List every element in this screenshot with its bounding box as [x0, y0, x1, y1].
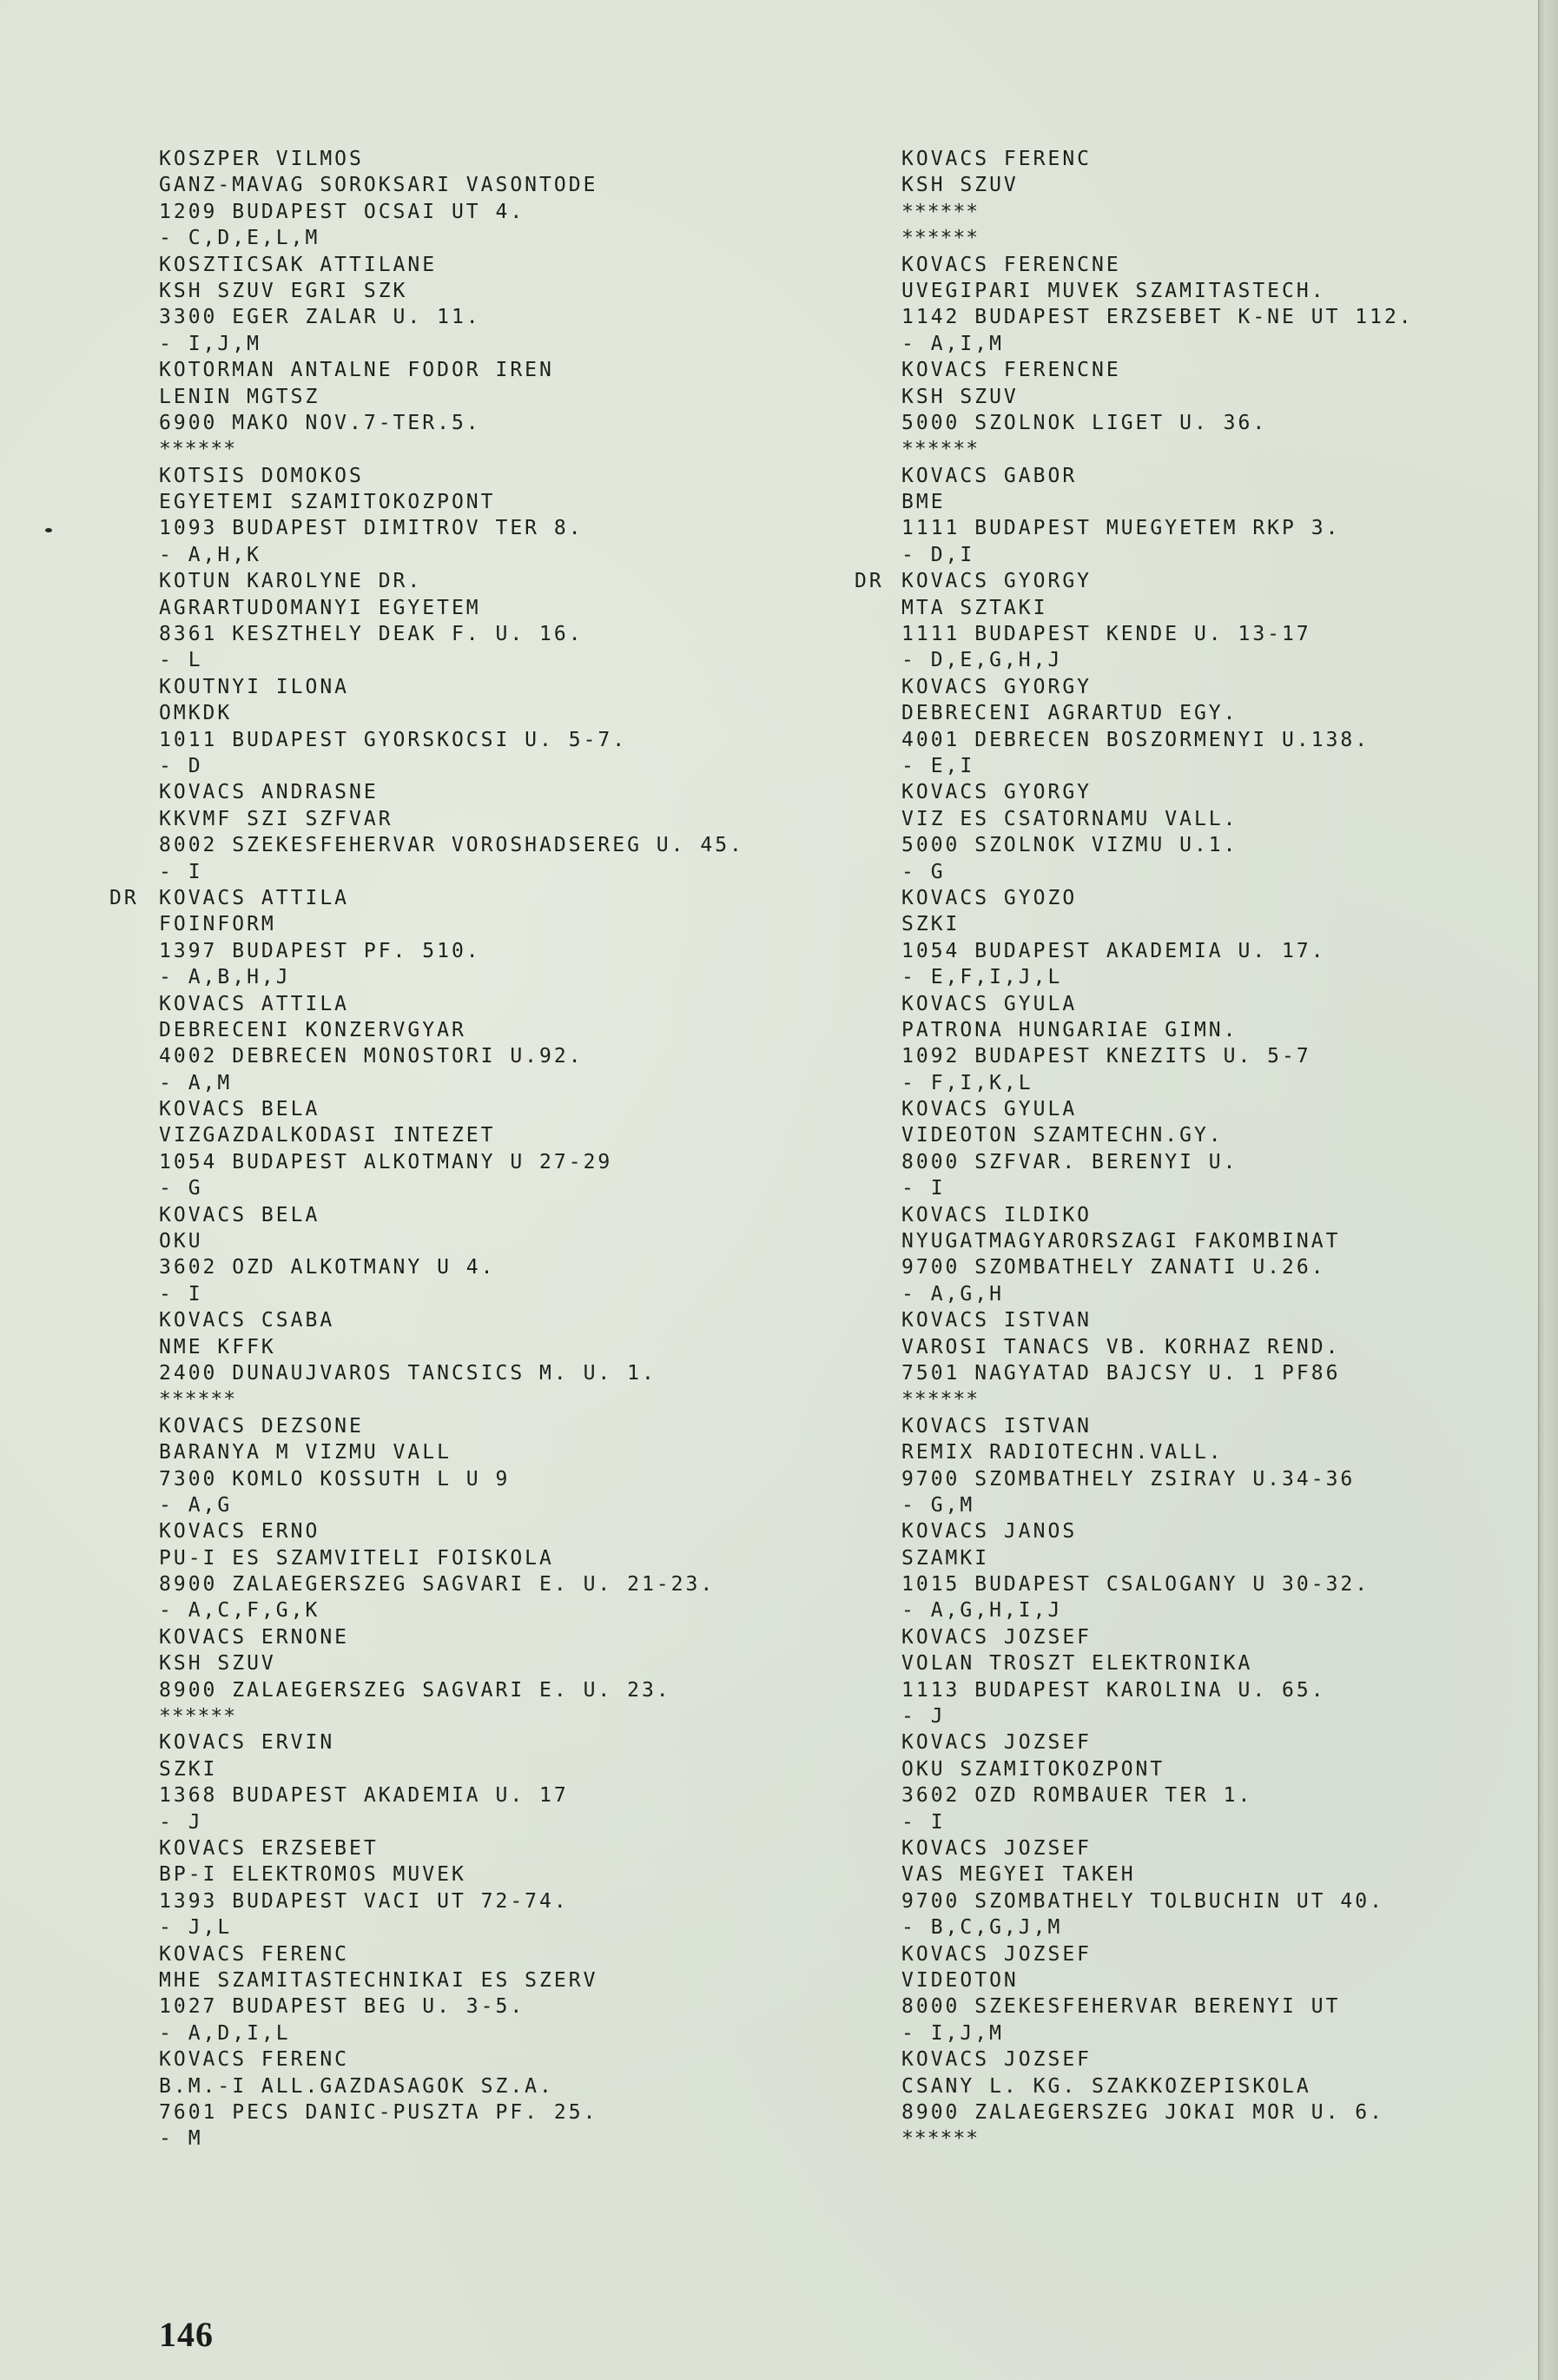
entry-line: DEBRECENI KONZERVGYAR: [159, 1017, 744, 1043]
line-text: OKU: [159, 1230, 203, 1253]
entry-line: OKU SZAMITOKOZPONT: [901, 1756, 1414, 1782]
line-text: 7501 NAGYATAD BAJCSY U. 1 PF86: [901, 1362, 1340, 1385]
entry-line: KOVACS ISTVAN: [901, 1307, 1414, 1333]
entry-codes: - A,G: [159, 1492, 744, 1518]
line-text: 8000 SZEKESFEHERVAR BERENYI UT: [901, 1995, 1340, 2018]
entry-line: KSH SZUV EGRI SZK: [159, 278, 744, 304]
line-text: - I,J,M: [901, 2022, 1004, 2045]
entry-address: 1393 BUDAPEST VACI UT 72-74.: [159, 1888, 744, 1914]
line-text: VOLAN TROSZT ELEKTRONIKA: [901, 1652, 1252, 1675]
entry-line: NYUGATMAGYARORSZAGI FAKOMBINAT: [901, 1228, 1414, 1254]
line-text: 8900 ZALAEGERSZEG SAGVARI E. U. 21-23.: [159, 1573, 715, 1596]
line-text: 1054 BUDAPEST AKADEMIA U. 17.: [901, 940, 1326, 962]
line-text: KOVACS ISTVAN: [901, 1415, 1092, 1438]
line-text: KOVACS FERENCNE: [901, 359, 1121, 381]
no-codes-marker: ******: [901, 199, 1414, 225]
line-text: 8900 ZALAEGERSZEG SAGVARI E. U. 23.: [159, 1679, 671, 1702]
line-text: VIZGAZDALKODASI INTEZET: [159, 1124, 496, 1147]
entry-address: 8361 KESZTHELY DEAK F. U. 16.: [159, 621, 744, 647]
entry-line: VIDEOTON SZAMTECHN.GY.: [901, 1122, 1414, 1148]
entry-codes: - A,H,K: [159, 542, 744, 568]
entry-address: 1093 BUDAPEST DIMITROV TER 8.: [159, 515, 744, 541]
line-text: KOVACS GYORGY: [901, 570, 1092, 592]
entry-line: KOVACS ISTVAN: [901, 1413, 1414, 1439]
line-text: DEBRECENI KONZERVGYAR: [159, 1019, 466, 1041]
line-text: - J: [901, 1705, 946, 1728]
line-text: KOVACS ATTILA: [159, 887, 349, 909]
entry-line: VAS MEGYEI TAKEH: [901, 1861, 1414, 1887]
line-text: KOVACS JOZSEF: [901, 1943, 1092, 1966]
line-text: MHE SZAMITASTECHNIKAI ES SZERV: [159, 1969, 597, 1992]
line-text: KOVACS GYOZO: [901, 887, 1077, 909]
line-text: - G: [901, 861, 946, 883]
entry-line: DRKOVACS ATTILA: [159, 885, 744, 911]
line-text: VAROSI TANACS VB. KORHAZ REND.: [901, 1336, 1340, 1359]
entry-codes: - D,I: [901, 542, 1414, 568]
entry-line: KSH SZUV: [901, 172, 1414, 198]
line-text: 1015 BUDAPEST CSALOGANY U 30-32.: [901, 1573, 1370, 1596]
line-text: ******: [901, 2127, 979, 2150]
entry-address: 9700 SZOMBATHELY ZANATI U.26.: [901, 1254, 1414, 1280]
entry-line: DEBRECENI AGRARTUD EGY.: [901, 700, 1414, 726]
entry-address: 9700 SZOMBATHELY TOLBUCHIN UT 40.: [901, 1888, 1414, 1914]
line-text: 9700 SZOMBATHELY TOLBUCHIN UT 40.: [901, 1890, 1384, 1913]
entry-codes: - A,B,H,J: [159, 964, 744, 990]
page-number: 146: [159, 2314, 214, 2355]
entry-address: 8900 ZALAEGERSZEG SAGVARI E. U. 21-23.: [159, 1571, 744, 1597]
entry-line: VIDEOTON: [901, 1967, 1414, 1993]
entry-codes: - D: [159, 753, 744, 779]
entry-line: KOVACS ERZSEBET: [159, 1835, 744, 1861]
line-text: CSANY L. KG. SZAKKOZEPISKOLA: [901, 2075, 1311, 2098]
line-text: 7601 PECS DANIC-PUSZTA PF. 25.: [159, 2101, 597, 2124]
line-text: KOVACS GYULA: [901, 1098, 1077, 1121]
line-text: KOVACS JOZSEF: [901, 1837, 1092, 1860]
entry-address: 1092 BUDAPEST KNEZITS U. 5-7: [901, 1043, 1414, 1069]
entry-line: BP-I ELEKTROMOS MUVEK: [159, 1861, 744, 1887]
line-text: KOTORMAN ANTALNE FODOR IREN: [159, 359, 554, 381]
line-text: - A,B,H,J: [159, 966, 291, 988]
line-text: FOINFORM: [159, 913, 276, 935]
entry-address: 1111 BUDAPEST KENDE U. 13-17: [901, 621, 1414, 647]
entry-codes: - A,D,I,L: [159, 2020, 744, 2046]
line-text: LENIN MGTSZ: [159, 386, 320, 408]
entry-line: KOVACS ILDIKO: [901, 1202, 1414, 1228]
line-text: KOVACS GYORGY: [901, 781, 1092, 803]
line-text: 1113 BUDAPEST KAROLINA U. 65.: [901, 1679, 1326, 1702]
entry-line: KOVACS GYULA: [901, 991, 1414, 1017]
line-text: MTA SZTAKI: [901, 597, 1047, 619]
line-text: - G: [159, 1177, 203, 1200]
entry-address: 8002 SZEKESFEHERVAR VOROSHADSEREG U. 45.: [159, 832, 744, 858]
entry-line: KOTORMAN ANTALNE FODOR IREN: [159, 357, 744, 383]
line-text: KOVACS ISTVAN: [901, 1309, 1092, 1332]
entry-line: KOVACS FERENC: [159, 1941, 744, 1967]
entry-line: PU-I ES SZAMVITELI FOISKOLA: [159, 1545, 744, 1571]
line-text: KOUTNYI ILONA: [159, 676, 349, 698]
line-text: KOVACS ATTILA: [159, 993, 349, 1015]
line-text: - A,G,H,I,J: [901, 1599, 1062, 1622]
entry-line: KOVACS JANOS: [901, 1518, 1414, 1544]
entry-codes: - A,G,H: [901, 1281, 1414, 1307]
entry-codes: - I: [159, 859, 744, 885]
entry-codes: - J,L: [159, 1914, 744, 1940]
line-text: ******: [901, 438, 979, 460]
line-text: - G,M: [901, 1494, 974, 1517]
entry-codes: - A,M: [159, 1070, 744, 1096]
line-text: KOTSIS DOMOKOS: [159, 465, 364, 487]
line-text: 1054 BUDAPEST ALKOTMANY U 27-29: [159, 1151, 612, 1173]
line-text: 1111 BUDAPEST MUEGYETEM RKP 3.: [901, 517, 1340, 539]
line-text: KOSZTICSAK ATTILANE: [159, 254, 437, 276]
entry-line: NME KFFK: [159, 1334, 744, 1360]
entry-address: 1054 BUDAPEST ALKOTMANY U 27-29: [159, 1149, 744, 1175]
column-left: KOSZPER VILMOSGANZ-MAVAG SOROKSARI VASON…: [159, 146, 744, 2152]
entry-line: KOVACS GYORGY: [901, 674, 1414, 700]
entry-address: 3602 OZD ROMBAUER TER 1.: [901, 1782, 1414, 1808]
line-text: NME KFFK: [159, 1336, 276, 1359]
line-text: 1092 BUDAPEST KNEZITS U. 5-7: [901, 1045, 1311, 1068]
entry-line: KOVACS JOZSEF: [901, 1835, 1414, 1861]
entry-codes: - I,J,M: [901, 2020, 1414, 2046]
line-text: VIDEOTON SZAMTECHN.GY.: [901, 1124, 1224, 1147]
entry-line: KOVACS GYORGY: [901, 779, 1414, 805]
line-text: KOVACS CSABA: [159, 1309, 334, 1332]
line-text: KOVACS ERNONE: [159, 1626, 349, 1649]
title-prefix: DR: [109, 885, 139, 911]
line-text: - F,I,K,L: [901, 1072, 1033, 1094]
line-text: KOVACS ERNO: [159, 1520, 320, 1543]
line-text: BARANYA M VIZMU VALL: [159, 1441, 452, 1464]
line-text: - D,I: [901, 544, 974, 566]
line-text: KOSZPER VILMOS: [159, 148, 364, 170]
line-text: 3602 OZD ROMBAUER TER 1.: [901, 1784, 1252, 1807]
line-text: ******: [901, 1388, 979, 1411]
entry-line: CSANY L. KG. SZAKKOZEPISKOLA: [901, 2073, 1414, 2099]
line-text: KOTUN KAROLYNE DR.: [159, 570, 422, 592]
entry-address: 7601 PECS DANIC-PUSZTA PF. 25.: [159, 2099, 744, 2125]
entry-address: 1142 BUDAPEST ERZSEBET K-NE UT 112.: [901, 304, 1414, 330]
line-text: VIDEOTON: [901, 1969, 1019, 1992]
entry-codes: - E,F,I,J,L: [901, 964, 1414, 990]
no-codes-marker: ******: [901, 2125, 1414, 2152]
entry-line: KOVACS GYULA: [901, 1096, 1414, 1122]
line-text: GANZ-MAVAG SOROKSARI VASONTODE: [159, 174, 597, 196]
entry-line: FOINFORM: [159, 911, 744, 937]
entry-address: 1368 BUDAPEST AKADEMIA U. 17: [159, 1782, 744, 1808]
entry-codes: - A,C,F,G,K: [159, 1597, 744, 1623]
line-text: SZAMKI: [901, 1547, 989, 1570]
line-text: - E,F,I,J,L: [901, 966, 1062, 988]
line-text: - A,M: [159, 1072, 232, 1094]
entry-address: 8000 SZFVAR. BERENYI U.: [901, 1149, 1414, 1175]
entry-codes: - I: [159, 1281, 744, 1307]
line-text: SZKI: [159, 1758, 217, 1781]
entry-address: 9700 SZOMBATHELY ZSIRAY U.34-36: [901, 1466, 1414, 1492]
entry-codes: - J: [901, 1703, 1414, 1729]
entry-line: EGYETEMI SZAMITOKOZPONT: [159, 489, 744, 515]
line-text: - A,I,M: [901, 333, 1004, 355]
entry-line: VIZ ES CSATORNAMU VALL.: [901, 806, 1414, 832]
line-text: - A,H,K: [159, 544, 261, 566]
entry-line: KOVACS FERENCNE: [901, 252, 1414, 278]
line-text: KOVACS JOZSEF: [901, 1626, 1092, 1649]
line-text: VAS MEGYEI TAKEH: [901, 1863, 1136, 1886]
line-text: KOVACS BELA: [159, 1098, 320, 1121]
no-codes-marker: ******: [901, 1386, 1414, 1412]
entry-address: 1015 BUDAPEST CSALOGANY U 30-32.: [901, 1571, 1414, 1597]
entry-line: SZKI: [159, 1756, 744, 1782]
entry-line: OMKDK: [159, 700, 744, 726]
entry-line: LENIN MGTSZ: [159, 384, 744, 410]
line-text: KOVACS GABOR: [901, 465, 1077, 487]
entry-line: VOLAN TROSZT ELEKTRONIKA: [901, 1650, 1414, 1676]
entry-address: 4001 DEBRECEN BOSZORMENYI U.138.: [901, 727, 1414, 753]
line-text: - A,D,I,L: [159, 2022, 291, 2045]
entry-line: KOVACS BELA: [159, 1096, 744, 1122]
entry-line: KOVACS FERENCNE: [901, 357, 1414, 383]
line-text: 2400 DUNAUJVAROS TANCSICS M. U. 1.: [159, 1362, 657, 1385]
entry-address: 4002 DEBRECEN MONOSTORI U.92.: [159, 1043, 744, 1069]
entry-codes: - I: [901, 1175, 1414, 1201]
line-text: 1011 BUDAPEST GYORSKOCSI U. 5-7.: [159, 729, 627, 751]
entry-address: 1111 BUDAPEST MUEGYETEM RKP 3.: [901, 515, 1414, 541]
entry-codes: - F,I,K,L: [901, 1070, 1414, 1096]
line-text: KSH SZUV: [901, 174, 1019, 196]
entry-line: KOVACS GYOZO: [901, 885, 1414, 911]
entry-line: KOUTNYI ILONA: [159, 674, 744, 700]
no-codes-marker: ******: [159, 1386, 744, 1412]
line-text: BME: [901, 491, 946, 513]
line-text: - J,L: [159, 1916, 232, 1939]
entry-line: KOSZTICSAK ATTILANE: [159, 252, 744, 278]
entry-address: 8900 ZALAEGERSZEG SAGVARI E. U. 23.: [159, 1677, 744, 1703]
entry-line: KOVACS CSABA: [159, 1307, 744, 1333]
line-text: KSH SZUV: [901, 386, 1019, 408]
line-text: REMIX RADIOTECHN.VALL.: [901, 1441, 1224, 1464]
line-text: VIZ ES CSATORNAMU VALL.: [901, 808, 1238, 830]
line-text: KOVACS FERENC: [901, 148, 1092, 170]
line-text: 1209 BUDAPEST OCSAI UT 4.: [159, 201, 525, 223]
line-text: KSH SZUV EGRI SZK: [159, 280, 407, 302]
entry-line: KOVACS FERENC: [901, 146, 1414, 172]
entry-line: KKVMF SZI SZFVAR: [159, 806, 744, 832]
entry-codes: - B,C,G,J,M: [901, 1914, 1414, 1940]
line-text: 6900 MAKO NOV.7-TER.5.: [159, 412, 481, 434]
no-codes-marker: ******: [901, 436, 1414, 462]
entry-address: 1054 BUDAPEST AKADEMIA U. 17.: [901, 938, 1414, 964]
entry-line: KOVACS ERVIN: [159, 1729, 744, 1755]
line-text: 8000 SZFVAR. BERENYI U.: [901, 1151, 1238, 1173]
entry-line: KOVACS FERENC: [159, 2046, 744, 2073]
line-text: KOVACS JOZSEF: [901, 2048, 1092, 2071]
entry-line: SZAMKI: [901, 1545, 1414, 1571]
line-text: 4002 DEBRECEN MONOSTORI U.92.: [159, 1045, 584, 1068]
entry-address: 1209 BUDAPEST OCSAI UT 4.: [159, 199, 744, 225]
entry-line: KOVACS GABOR: [901, 463, 1414, 489]
entry-line: KOVACS JOZSEF: [901, 1729, 1414, 1755]
line-text: - I: [159, 861, 203, 883]
entry-line: KOVACS ATTILA: [159, 991, 744, 1017]
entry-line: B.M.-I ALL.GAZDASAGOK SZ.A.: [159, 2073, 744, 2099]
page-binding-edge: [1538, 0, 1558, 2380]
entry-address: 1397 BUDAPEST PF. 510.: [159, 938, 744, 964]
entry-codes: - L: [159, 647, 744, 673]
line-text: KOVACS BELA: [159, 1204, 320, 1226]
line-text: KOVACS ERVIN: [159, 1731, 334, 1754]
line-text: OKU SZAMITOKOZPONT: [901, 1758, 1165, 1781]
entry-codes: - D,E,G,H,J: [901, 647, 1414, 673]
line-text: KOVACS JANOS: [901, 1520, 1077, 1543]
line-text: KOVACS DEZSONE: [159, 1415, 364, 1438]
entry-address: 6900 MAKO NOV.7-TER.5.: [159, 410, 744, 436]
entry-codes: - J: [159, 1809, 744, 1835]
line-text: 1027 BUDAPEST BEG U. 3-5.: [159, 1995, 525, 2018]
entry-codes: - E,I: [901, 753, 1414, 779]
entry-line: KOTUN KAROLYNE DR.: [159, 568, 744, 594]
entry-address: 5000 SZOLNOK LIGET U. 36.: [901, 410, 1414, 436]
line-text: ******: [159, 1705, 236, 1728]
entry-line: KSH SZUV: [901, 384, 1414, 410]
entry-line: KSH SZUV: [159, 1650, 744, 1676]
line-text: - A,G: [159, 1494, 232, 1517]
line-text: ******: [159, 1388, 236, 1411]
entry-address: 7501 NAGYATAD BAJCSY U. 1 PF86: [901, 1360, 1414, 1386]
entry-codes: - C,D,E,L,M: [159, 225, 744, 251]
line-text: 8900 ZALAEGERSZEG JOKAI MOR U. 6.: [901, 2101, 1384, 2124]
line-text: - L: [159, 649, 203, 671]
entry-address: 1011 BUDAPEST GYORSKOCSI U. 5-7.: [159, 727, 744, 753]
entry-address: 8900 ZALAEGERSZEG JOKAI MOR U. 6.: [901, 2099, 1414, 2125]
line-text: PU-I ES SZAMVITELI FOISKOLA: [159, 1547, 554, 1570]
line-text: - B,C,G,J,M: [901, 1916, 1062, 1939]
line-text: DEBRECENI AGRARTUD EGY.: [901, 702, 1238, 724]
entry-line: GANZ-MAVAG SOROKSARI VASONTODE: [159, 172, 744, 198]
line-text: - I,J,M: [159, 333, 261, 355]
entry-line: PATRONA HUNGARIAE GIMN.: [901, 1017, 1414, 1043]
line-text: 5000 SZOLNOK LIGET U. 36.: [901, 412, 1267, 434]
entry-address: 8000 SZEKESFEHERVAR BERENYI UT: [901, 1993, 1414, 2020]
line-text: 1111 BUDAPEST KENDE U. 13-17: [901, 623, 1311, 645]
no-codes-marker: ******: [159, 1703, 744, 1729]
column-right: KOVACS FERENCKSH SZUV************KOVACS …: [901, 146, 1414, 2152]
entry-line: KOTSIS DOMOKOS: [159, 463, 744, 489]
line-text: ******: [901, 201, 979, 223]
no-codes-marker: ******: [901, 225, 1414, 251]
no-codes-marker: ******: [159, 436, 744, 462]
entry-line: KOVACS ERNONE: [159, 1624, 744, 1650]
line-text: KOVACS FERENC: [159, 2048, 349, 2071]
line-text: OMKDK: [159, 702, 232, 724]
line-text: AGRARTUDOMANYI EGYETEM: [159, 597, 481, 619]
line-text: 1142 BUDAPEST ERZSEBET K-NE UT 112.: [901, 306, 1414, 328]
line-text: 1093 BUDAPEST DIMITROV TER 8.: [159, 517, 584, 539]
line-text: EGYETEMI SZAMITOKOZPONT: [159, 491, 496, 513]
entry-address: 1113 BUDAPEST KAROLINA U. 65.: [901, 1677, 1414, 1703]
line-text: - D: [159, 755, 203, 777]
entry-line: DRKOVACS GYORGY: [901, 568, 1414, 594]
line-text: - I: [159, 1283, 203, 1306]
line-text: KOVACS GYORGY: [901, 676, 1092, 698]
entry-line: KOVACS JOZSEF: [901, 2046, 1414, 2073]
entry-address: 3602 OZD ALKOTMANY U 4.: [159, 1254, 744, 1280]
line-text: KOVACS ILDIKO: [901, 1204, 1092, 1226]
entry-line: MTA SZTAKI: [901, 595, 1414, 621]
entry-address: 2400 DUNAUJVAROS TANCSICS M. U. 1.: [159, 1360, 744, 1386]
entry-line: AGRARTUDOMANYI EGYETEM: [159, 595, 744, 621]
line-text: 1397 BUDAPEST PF. 510.: [159, 940, 481, 962]
entry-line: UVEGIPARI MUVEK SZAMITASTECH.: [901, 278, 1414, 304]
entry-line: BME: [901, 489, 1414, 515]
entry-codes: - G: [159, 1175, 744, 1201]
line-text: ******: [159, 438, 236, 460]
line-text: KOVACS GYULA: [901, 993, 1077, 1015]
line-text: NYUGATMAGYARORSZAGI FAKOMBINAT: [901, 1230, 1340, 1253]
line-text: - M: [159, 2127, 203, 2150]
line-text: BP-I ELEKTROMOS MUVEK: [159, 1863, 466, 1886]
entry-address: 1027 BUDAPEST BEG U. 3-5.: [159, 1993, 744, 2020]
entry-address: 3300 EGER ZALAR U. 11.: [159, 304, 744, 330]
line-text: 1368 BUDAPEST AKADEMIA U. 17: [159, 1784, 569, 1807]
line-text: UVEGIPARI MUVEK SZAMITASTECH.: [901, 280, 1326, 302]
entry-line: VIZGAZDALKODASI INTEZET: [159, 1122, 744, 1148]
line-text: KKVMF SZI SZFVAR: [159, 808, 393, 830]
line-text: - I: [901, 1811, 946, 1834]
line-text: 9700 SZOMBATHELY ZSIRAY U.34-36: [901, 1468, 1355, 1491]
line-text: ******: [901, 227, 979, 249]
title-prefix: DR: [855, 568, 884, 594]
entry-codes: - M: [159, 2125, 744, 2152]
entry-address: 7300 KOMLO KOSSUTH L U 9: [159, 1466, 744, 1492]
line-text: 3602 OZD ALKOTMANY U 4.: [159, 1256, 496, 1279]
entry-line: KOVACS ANDRASNE: [159, 779, 744, 805]
line-text: SZKI: [901, 913, 960, 935]
entry-codes: - A,I,M: [901, 331, 1414, 357]
line-text: PATRONA HUNGARIAE GIMN.: [901, 1019, 1238, 1041]
line-text: - J: [159, 1811, 203, 1834]
line-text: 3300 EGER ZALAR U. 11.: [159, 306, 481, 328]
line-text: 5000 SZOLNOK VIZMU U.1.: [901, 834, 1238, 856]
entry-line: VAROSI TANACS VB. KORHAZ REND.: [901, 1334, 1414, 1360]
line-text: KOVACS FERENCNE: [901, 254, 1121, 276]
line-text: KOVACS ANDRASNE: [159, 781, 379, 803]
entry-codes: - G,M: [901, 1492, 1414, 1518]
line-text: KSH SZUV: [159, 1652, 276, 1675]
entry-line: REMIX RADIOTECHN.VALL.: [901, 1439, 1414, 1465]
line-text: 1393 BUDAPEST VACI UT 72-74.: [159, 1890, 569, 1913]
line-text: - E,I: [901, 755, 974, 777]
line-text: 4001 DEBRECEN BOSZORMENYI U.138.: [901, 729, 1370, 751]
entry-line: SZKI: [901, 911, 1414, 937]
line-text: KOVACS JOZSEF: [901, 1731, 1092, 1754]
line-text: - A,C,F,G,K: [159, 1599, 320, 1622]
line-text: KOVACS ERZSEBET: [159, 1837, 379, 1860]
entry-line: KOVACS BELA: [159, 1202, 744, 1228]
entry-codes: - G: [901, 859, 1414, 885]
line-text: - I: [901, 1177, 946, 1200]
entry-line: KOVACS JOZSEF: [901, 1941, 1414, 1967]
entry-line: BARANYA M VIZMU VALL: [159, 1439, 744, 1465]
line-text: - D,E,G,H,J: [901, 649, 1062, 671]
entry-codes: - A,G,H,I,J: [901, 1597, 1414, 1623]
line-text: 8002 SZEKESFEHERVAR VOROSHADSEREG U. 45.: [159, 834, 744, 856]
entry-line: KOVACS JOZSEF: [901, 1624, 1414, 1650]
line-text: KOVACS FERENC: [159, 1943, 349, 1966]
line-text: - A,G,H: [901, 1283, 1004, 1306]
line-text: - C,D,E,L,M: [159, 227, 320, 249]
line-text: 9700 SZOMBATHELY ZANATI U.26.: [901, 1256, 1326, 1279]
line-text: 8361 KESZTHELY DEAK F. U. 16.: [159, 623, 584, 645]
